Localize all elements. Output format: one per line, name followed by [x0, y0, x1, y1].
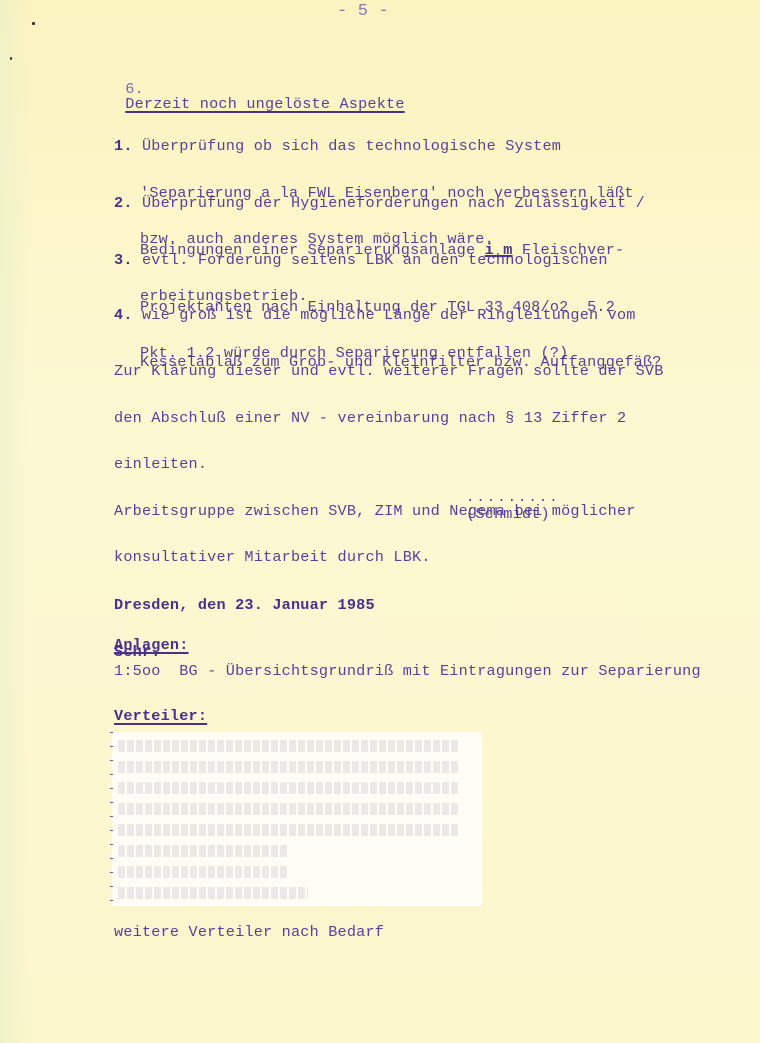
- item-line: evtl. Forderung seitens LBK an den techn…: [142, 251, 608, 269]
- item-number: 3.: [114, 251, 133, 269]
- signature-line: .........: [466, 490, 560, 506]
- item-number: 2.: [114, 194, 133, 212]
- distribution-title: Verteiler:: [114, 709, 207, 725]
- closing-paragraph: Zur Klärung dieser und evtl. weiterer Fr…: [114, 333, 664, 597]
- item-line: wie groß ist die mögliche Länge der Ring…: [142, 306, 636, 324]
- paragraph-line: einleiten.: [114, 457, 664, 473]
- redacted-line: [118, 845, 288, 857]
- paper-speck: [10, 57, 12, 60]
- redacted-line: [118, 761, 458, 773]
- redacted-distribution-list: [112, 732, 482, 906]
- paragraph-line: Zur Klärung dieser und evtl. weiterer Fr…: [114, 364, 664, 380]
- page-number: - 5 -: [337, 4, 389, 20]
- redacted-line: [118, 866, 288, 878]
- paper-speck: [32, 22, 35, 25]
- redacted-line: [118, 803, 458, 815]
- redacted-line: [118, 887, 308, 899]
- redacted-line: [118, 782, 458, 794]
- redacted-line: [118, 740, 458, 752]
- item-number: 1.: [114, 137, 133, 155]
- item-line: Überprüfung ob sich das technologische S…: [142, 137, 561, 155]
- attachment-item: 1:5oo BG - Übersichtsgrundriß mit Eintra…: [114, 664, 701, 680]
- document-page: - 5 - 6. Derzeit noch ungelöste Aspekte …: [0, 0, 760, 1043]
- paragraph-line: konsultativer Mitarbeit durch LBK.: [114, 550, 664, 566]
- footer-note: weitere Verteiler nach Bedarf: [114, 925, 384, 941]
- item-line: Überprüfung der Hygieneforderungen nach …: [142, 194, 645, 212]
- paragraph-line: den Abschluß einer NV - vereinbarung nac…: [114, 411, 664, 427]
- paragraph-line: Arbeitsgruppe zwischen SVB, ZIM und Nege…: [114, 504, 664, 520]
- attachments-title: Anlagen:: [114, 638, 189, 654]
- item-number: 4.: [114, 306, 133, 324]
- place-date: Dresden, den 23. Januar 1985: [114, 598, 375, 614]
- margin-dots: [110, 732, 113, 906]
- redacted-line: [118, 824, 458, 836]
- signatory-name: (Schmidt): [466, 507, 550, 523]
